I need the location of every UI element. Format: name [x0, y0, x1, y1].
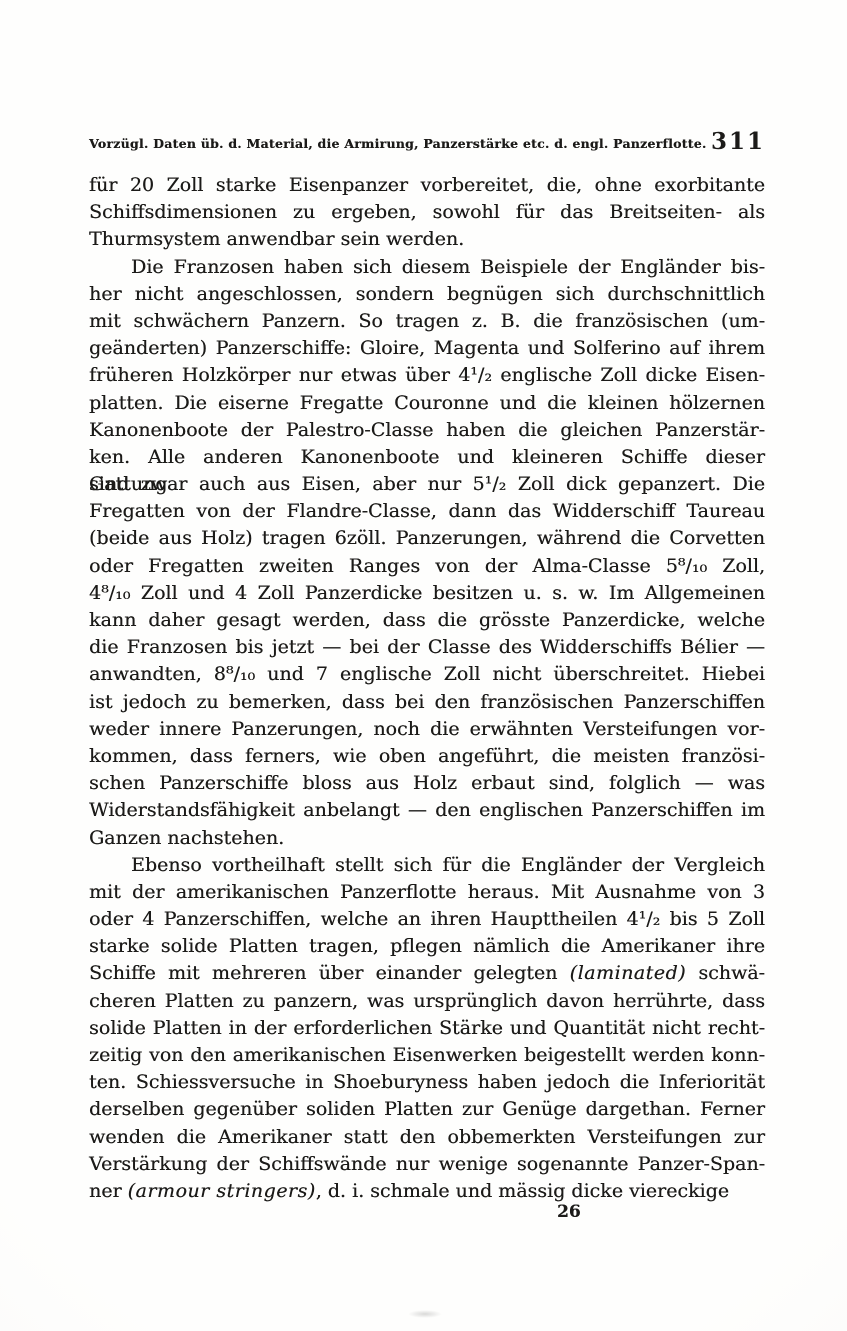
text-line: zeitig von den amerikanischen Eisenwerke…: [89, 1042, 765, 1069]
signature-number: 26: [557, 1202, 581, 1222]
text-line: Ganzen nachstehen.: [89, 825, 765, 852]
running-title: Vorzügl. Daten üb. d. Material, die Armi…: [89, 136, 707, 153]
text-line: platten. Die eiserne Fregatte Couronne u…: [89, 390, 765, 417]
text-line: her nicht angeschlossen, sondern begnüge…: [89, 281, 765, 308]
page-number: 311: [711, 130, 765, 153]
text-block: für 20 Zoll starke Eisenpanzer vorbereit…: [89, 172, 765, 1205]
text-line: Thurmsystem anwendbar sein werden.: [89, 226, 765, 253]
text-line: ist jedoch zu bemerken, dass bei den fra…: [89, 689, 765, 716]
text-line: die Franzosen bis jetzt — bei der Classe…: [89, 634, 765, 661]
text-line: ten. Schiessversuche in Shoeburyness hab…: [89, 1069, 765, 1096]
text-line: Fregatten von der Flandre-Classe, dann d…: [89, 498, 765, 525]
text-line: anwandten, 8⁸/₁₀ und 7 englische Zoll ni…: [89, 661, 765, 688]
text-line: geänderten) Panzerschiffe: Gloire, Magen…: [89, 335, 765, 362]
scanned-page: Vorzügl. Daten üb. d. Material, die Armi…: [0, 0, 847, 1331]
text-line: Verstärkung der Schiffswände nur wenige …: [89, 1151, 765, 1178]
text-line: solide Platten in der erforderlichen Stä…: [89, 1015, 765, 1042]
text-line: Ebenso vortheilhaft stellt sich für die …: [89, 852, 765, 879]
text-line: ken. Alle anderen Kanonenboote und klein…: [89, 444, 765, 471]
text-line: wenden die Amerikaner statt den obbemerk…: [89, 1124, 765, 1151]
text-line: kommen, dass ferners, wie oben angeführt…: [89, 743, 765, 770]
text-line: (beide aus Holz) tragen 6zöll. Panzerung…: [89, 525, 765, 552]
text-line: Die Franzosen haben sich diesem Beispiel…: [89, 254, 765, 281]
text-line: Widerstandsfähigkeit anbelangt — den eng…: [89, 797, 765, 824]
text-line: sind zwar auch aus Eisen, aber nur 5¹/₂ …: [89, 471, 765, 498]
text-line: Schiffsdimensionen zu ergeben, sowohl fü…: [89, 199, 765, 226]
running-header: Vorzügl. Daten üb. d. Material, die Armi…: [89, 130, 765, 153]
text-line: ner (armour stringers), d. i. schmale un…: [89, 1178, 765, 1205]
text-line: kann daher gesagt werden, dass die gröss…: [89, 607, 765, 634]
text-line: cheren Platten zu panzern, was ursprüngl…: [89, 988, 765, 1015]
text-line: oder 4 Panzerschiffen, welche an ihren H…: [89, 906, 765, 933]
text-line: Kanonenboote der Palestro-Classe haben d…: [89, 417, 765, 444]
text-line: 4⁸/₁₀ Zoll und 4 Zoll Panzerdicke besitz…: [89, 580, 765, 607]
text-line: starke solide Platten tragen, pflegen nä…: [89, 933, 765, 960]
text-line: derselben gegenüber soliden Platten zur …: [89, 1096, 765, 1123]
text-line: Schiffe mit mehreren über einander geleg…: [89, 960, 765, 987]
text-line: für 20 Zoll starke Eisenpanzer vorbereit…: [89, 172, 765, 199]
text-line: oder Fregatten zweiten Ranges von der Al…: [89, 553, 765, 580]
scan-smudge-artifact: [408, 1310, 442, 1318]
text-line: mit der amerikanischen Panzerflotte hera…: [89, 879, 765, 906]
text-line: mit schwächern Panzern. So tragen z. B. …: [89, 308, 765, 335]
text-line: schen Panzerschiffe bloss aus Holz erbau…: [89, 770, 765, 797]
text-line: früheren Holzkörper nur etwas über 4¹/₂ …: [89, 362, 765, 389]
text-line: weder innere Panzerungen, noch die erwäh…: [89, 716, 765, 743]
